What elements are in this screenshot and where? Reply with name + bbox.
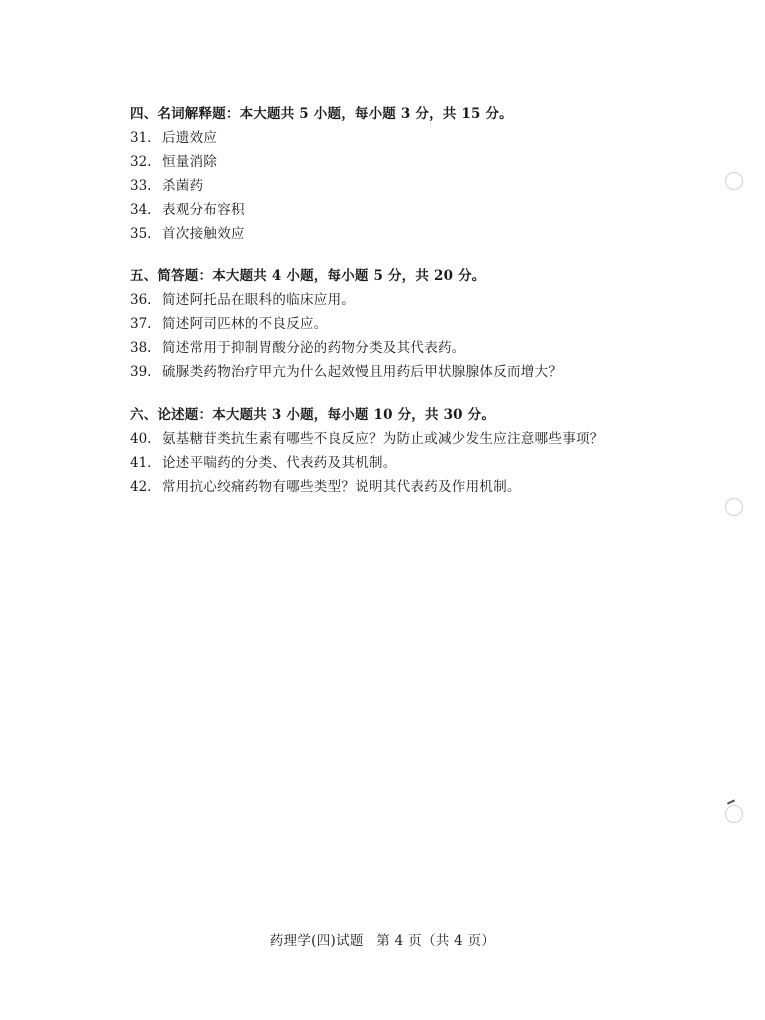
question-text: 杀菌药 [162,174,203,198]
section-short-answer: 五、简答题：本大题共 4 小题，每小题 5 分，共 20 分。 36.简述阿托品… [130,265,562,384]
punch-hole-icon [725,498,743,516]
pen-mark-icon [727,799,735,804]
question-item: 41.论述平喘药的分类、代表药及其机制。 [130,451,604,475]
question-number: 39. [130,360,158,384]
question-number: 40. [130,427,158,451]
punch-hole-icon [725,172,743,190]
question-number: 34. [130,198,158,222]
question-text: 表观分布容积 [162,198,245,222]
question-number: 33. [130,174,158,198]
footer-page-number: 第 4 页（共 4 页） [376,933,495,949]
question-text: 论述平喘药的分类、代表药及其机制。 [162,451,397,475]
section-title: 四、名词解释题：本大题共 5 小题，每小题 3 分，共 15 分。 [130,103,513,126]
question-text: 简述阿司匹林的不良反应。 [162,312,328,336]
question-text: 简述常用于抑制胃酸分泌的药物分类及其代表药。 [162,336,466,360]
question-item: 38.简述常用于抑制胃酸分泌的药物分类及其代表药。 [130,336,562,360]
question-text: 简述阿托品在眼科的临床应用。 [162,288,355,312]
question-text: 首次接触效应 [162,222,245,246]
question-text: 后遗效应 [162,126,217,150]
question-text: 恒量消除 [162,150,217,174]
section-title: 五、简答题：本大题共 4 小题，每小题 5 分，共 20 分。 [130,265,562,288]
question-number: 32. [130,150,158,174]
question-item: 40.氨基糖苷类抗生素有哪些不良反应？为防止或减少发生应注意哪些事项？ [130,427,604,451]
question-number: 37. [130,312,158,336]
footer-subject: 药理学(四)试题 [270,933,364,949]
question-item: 39.硫脲类药物治疗甲亢为什么起效慢且用药后甲状腺腺体反而增大？ [130,360,562,384]
question-number: 38. [130,336,158,360]
question-number: 36. [130,288,158,312]
exam-page: 四、名词解释题：本大题共 5 小题，每小题 3 分，共 15 分。 31.后遗效… [0,0,765,1020]
question-item: 42.常用抗心绞痛药物有哪些类型？说明其代表药及作用机制。 [130,475,604,499]
question-item: 33.杀菌药 [130,174,513,198]
question-text: 氨基糖苷类抗生素有哪些不良反应？为防止或减少发生应注意哪些事项？ [162,427,604,451]
question-item: 37.简述阿司匹林的不良反应。 [130,312,562,336]
question-item: 31.后遗效应 [130,126,513,150]
punch-hole-icon [725,805,743,823]
section-title: 六、论述题：本大题共 3 小题，每小题 10 分，共 30 分。 [130,404,604,427]
question-item: 34.表观分布容积 [130,198,513,222]
page-footer: 药理学(四)试题 第 4 页（共 4 页） [0,929,765,949]
question-item: 32.恒量消除 [130,150,513,174]
question-number: 35. [130,222,158,246]
question-number: 31. [130,126,158,150]
question-item: 35.首次接触效应 [130,222,513,246]
question-text: 硫脲类药物治疗甲亢为什么起效慢且用药后甲状腺腺体反而增大？ [162,360,562,384]
question-number: 41. [130,451,158,475]
section-essay: 六、论述题：本大题共 3 小题，每小题 10 分，共 30 分。 40.氨基糖苷… [130,404,604,499]
question-item: 36.简述阿托品在眼科的临床应用。 [130,288,562,312]
section-noun-explanation: 四、名词解释题：本大题共 5 小题，每小题 3 分，共 15 分。 31.后遗效… [130,103,513,246]
question-text: 常用抗心绞痛药物有哪些类型？说明其代表药及作用机制。 [162,475,521,499]
question-number: 42. [130,475,158,499]
